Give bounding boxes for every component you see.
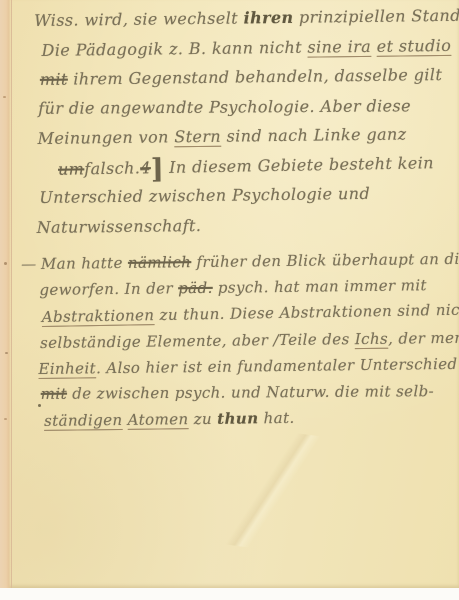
text-segment: et studio	[377, 35, 452, 55]
manuscript-line: mit ihrem Gegenstand behandeln, dasselbe…	[40, 60, 459, 95]
text-segment: nämlich	[128, 253, 192, 272]
text-segment: Man hatte	[41, 254, 128, 273]
paragraph-2: — Man hatte nämlich früher den Blick übe…	[37, 246, 459, 434]
text-segment: päd.	[178, 279, 213, 297]
text-segment: Unterschied zwischen Psychologie und	[39, 184, 370, 207]
text-segment: mit	[40, 70, 68, 89]
manuscript-line: Naturwissenschaft.	[37, 207, 459, 242]
text-segment: für die angewandte Psychologie. Aber die…	[38, 96, 411, 118]
text-segment: Meinungen von	[38, 127, 175, 148]
text-segment: . Also hier ist ein fundamentaler Unters…	[96, 355, 458, 377]
text-segment: 4	[140, 158, 151, 177]
text-segment: ihrem Gegenstand behandeln, dasselbe gil…	[68, 65, 443, 89]
text-segment: früher den Blick überhaupt an die Dinge	[191, 249, 459, 271]
text-segment: Stern	[174, 127, 221, 147]
text-segment: falsch.	[84, 158, 140, 178]
text-segment: um	[58, 159, 85, 178]
text-segment: geworfen. In der	[39, 279, 178, 299]
text-segment: , der menschlichen	[388, 327, 459, 347]
text-segment: sind nach Linke ganz	[221, 124, 407, 145]
text-segment: mit	[41, 385, 67, 403]
manuscript-line: für die angewandte Psychologie. Aber die…	[38, 90, 459, 122]
text-segment: zu	[188, 410, 217, 428]
text-segment: Abstraktionen	[42, 306, 155, 326]
paper-speck	[4, 262, 7, 265]
text-segment: hat.	[258, 409, 294, 427]
text-segment: Ichs	[355, 329, 389, 347]
text-segment: ihren	[243, 8, 293, 28]
paper-speck	[5, 352, 8, 354]
text-segment: prinzipiellen Standpunkt. Zu	[293, 5, 459, 27]
manuscript-line: umfalsch.4] In diesem Gebiete besteht ke…	[58, 147, 459, 184]
handwritten-text: Wiss. wird, sie wechselt ihren prinzipie…	[34, 1, 459, 434]
manuscript-line: Einheit. Also hier ist ein fundamentaler…	[38, 351, 459, 382]
scan-background: Wiss. wird, sie wechselt ihren prinzipie…	[0, 0, 459, 600]
text-segment: ]	[151, 152, 164, 184]
page-left-edge	[0, 0, 12, 588]
text-segment: Naturwissenschaft.	[37, 215, 202, 236]
text-segment: In diesem Gebiete besteht kein	[164, 153, 435, 177]
text-segment: de zwischen psych. und Naturw. die mit s…	[67, 382, 434, 403]
text-segment: ständigen	[44, 411, 123, 430]
manuscript-line: Wiss. wird, sie wechselt ihren prinzipie…	[34, 1, 459, 36]
text-segment: Einheit	[38, 359, 96, 378]
paragraph-1: Wiss. wird, sie wechselt ihren prinzipie…	[34, 1, 459, 242]
text-segment: Die Pädagogik z. B. kann nicht	[41, 37, 307, 59]
text-segment: Wiss. wird, sie wechselt	[34, 8, 244, 30]
text-segment: Atomen	[128, 410, 189, 429]
manuscript-line: mit de zwischen psych. und Naturw. die m…	[41, 378, 459, 407]
text-segment: selbständige Elemente, aber /Teile des	[40, 330, 355, 352]
text-segment: psych. hat man immer mit	[213, 276, 427, 297]
text-segment: thun	[217, 409, 258, 428]
paper-crease	[143, 414, 397, 566]
manuscript-page: Wiss. wird, sie wechselt ihren prinzipie…	[0, 0, 459, 588]
text-segment: zu thun. Diese Abstraktionen sind nicht	[154, 301, 459, 325]
paper-speck	[3, 96, 6, 98]
manuscript-line: ständigen Atomen zu thun hat.	[44, 403, 459, 434]
text-segment: sine ira	[307, 36, 371, 56]
text-segment: —	[21, 255, 41, 273]
paper-speck	[4, 418, 7, 420]
